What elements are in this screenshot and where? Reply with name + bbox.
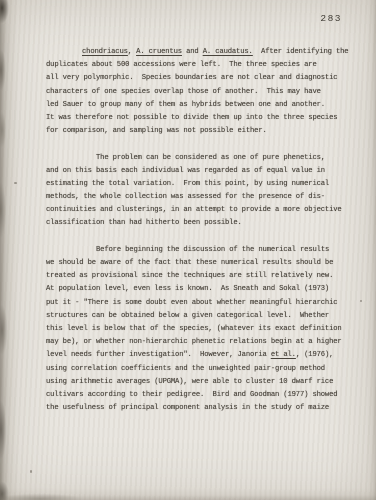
paper-speck: [360, 300, 362, 302]
paragraph: Before beginning the discussion of the n…: [46, 244, 356, 415]
text-line: using correlation coefficients and the u…: [46, 363, 356, 376]
underlined-text: A. cruentus: [136, 48, 182, 56]
paper-speck: [30, 470, 32, 473]
text-segment: duplicates about 500 accessions were lef…: [46, 61, 317, 69]
document-page: 283 chondriacus, A. cruentus and A. caud…: [0, 0, 376, 500]
text-line: At population level, even less is known.…: [46, 283, 356, 296]
text-segment: ,: [128, 48, 136, 56]
text-segment: continuities and clusterings, in an atte…: [46, 206, 342, 214]
text-line: may be), or whether non-hierarchic phene…: [46, 336, 356, 349]
typewritten-text-body: chondriacus, A. cruentus and A. caudatus…: [46, 46, 356, 428]
text-line: methods, the whole collection was assess…: [46, 191, 356, 204]
text-segment: the usefulness of principal component an…: [46, 404, 329, 412]
paragraph: The problem can be considered as one of …: [46, 152, 356, 231]
text-segment: structures can be obtained below a given…: [46, 312, 329, 320]
underlined-text: et al.: [271, 351, 296, 359]
text-segment: may be), or whether non-hierarchic phene…: [46, 338, 342, 346]
text-line: classification than had hitherto been po…: [46, 217, 356, 230]
text-line: chondriacus, A. cruentus and A. caudatus…: [46, 46, 356, 59]
text-line: Before beginning the discussion of the n…: [46, 244, 356, 257]
text-segment: led Sauer to group many of them as hybri…: [46, 101, 325, 109]
text-segment: At population level, even less is known.…: [46, 285, 329, 293]
text-line: structures can be obtained below a given…: [46, 310, 356, 323]
text-line: treated as provisional since the techniq…: [46, 270, 356, 283]
text-line: using arithmetic averages (UPGMA), were …: [46, 376, 356, 389]
text-line: characters of one species overlap those …: [46, 86, 356, 99]
text-line: It was therefore not possible to divide …: [46, 112, 356, 125]
text-line: the usefulness of principal component an…: [46, 402, 356, 415]
text-segment: estimating the total variation. From thi…: [46, 180, 329, 188]
text-line: this level is below that of the species,…: [46, 323, 356, 336]
text-line: level needs further investigation". Howe…: [46, 349, 356, 362]
paragraph: chondriacus, A. cruentus and A. caudatus…: [46, 46, 356, 138]
text-line: cultivars according to their pedigree. B…: [46, 389, 356, 402]
text-segment: level needs further investigation". Howe…: [46, 351, 271, 359]
text-segment: After identifying the: [253, 48, 349, 56]
text-segment: using correlation coefficients and the u…: [46, 365, 325, 373]
text-segment: put it - "There is some doubt even about…: [46, 299, 337, 307]
text-line: continuities and clusterings, in an atte…: [46, 204, 356, 217]
text-segment: classification than had hitherto been po…: [46, 219, 242, 227]
text-segment: Before beginning the discussion of the n…: [96, 246, 329, 254]
text-segment: for comparison, and sampling was not pos…: [46, 127, 267, 135]
text-line: we should be aware of the fact that thes…: [46, 257, 356, 270]
text-segment: we should be aware of the fact that thes…: [46, 259, 333, 267]
text-line: led Sauer to group many of them as hybri…: [46, 99, 356, 112]
text-segment: and on this basis each individual was re…: [46, 167, 325, 175]
text-segment: , (1976),: [296, 351, 333, 359]
text-line: and on this basis each individual was re…: [46, 165, 356, 178]
text-line: for comparison, and sampling was not pos…: [46, 125, 356, 138]
text-line: all very polymorphic. Species boundaries…: [46, 72, 356, 85]
text-segment: It was therefore not possible to divide …: [46, 114, 337, 122]
text-segment: cultivars according to their pedigree. B…: [46, 391, 337, 399]
text-line: estimating the total variation. From thi…: [46, 178, 356, 191]
text-segment: The problem can be considered as one of …: [96, 154, 325, 162]
text-segment: methods, the whole collection was assess…: [46, 193, 325, 201]
text-line: put it - "There is some doubt even about…: [46, 297, 356, 310]
underlined-text: chondriacus: [82, 48, 128, 56]
text-line: The problem can be considered as one of …: [46, 152, 356, 165]
page-number: 283: [320, 13, 342, 24]
text-segment: all very polymorphic. Species boundaries…: [46, 74, 337, 82]
underlined-text: A. caudatus.: [203, 48, 253, 56]
text-segment: using arithmetic averages (UPGMA), were …: [46, 378, 333, 386]
paper-speck: [14, 182, 17, 184]
text-segment: characters of one species overlap those …: [46, 88, 321, 96]
text-segment: this level is below that of the species,…: [46, 325, 342, 333]
text-line: duplicates about 500 accessions were lef…: [46, 59, 356, 72]
text-segment: and: [182, 48, 203, 56]
text-segment: treated as provisional since the techniq…: [46, 272, 333, 280]
